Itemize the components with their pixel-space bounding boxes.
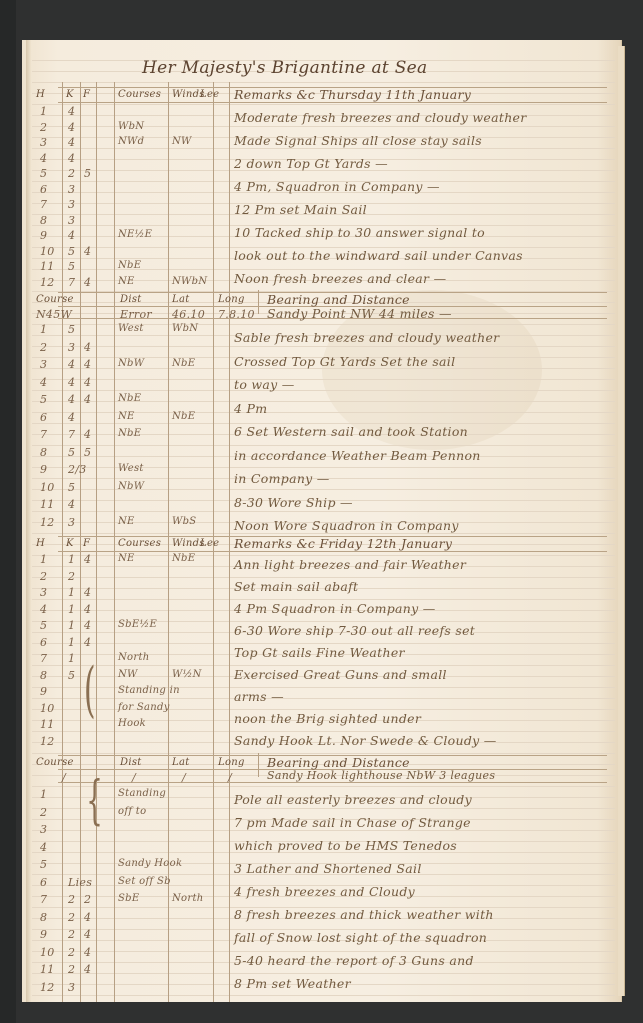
knots-cell: 1 [68, 636, 75, 649]
remark-line: noon the Brig sighted under [234, 711, 421, 726]
hour-cell: 3 [40, 586, 47, 599]
position-course: / [62, 771, 66, 784]
knots-cell: 1 [68, 652, 75, 665]
hour-cell: 7 [40, 652, 47, 665]
remark-line: 5-40 heard the report of 3 Guns and [234, 953, 474, 968]
knots-cell: 4 [68, 121, 75, 134]
remark-line: Crossed Top Gt Yards Set the sail [234, 354, 455, 369]
fathoms-cell: 4 [84, 341, 91, 354]
hour-cell: 1 [40, 323, 47, 336]
knots-cell: 3 [68, 341, 75, 354]
knots-cell: 7 [68, 276, 75, 289]
position-header-dist: Dist [120, 294, 142, 305]
ruled-line [32, 698, 615, 699]
remark-line: 6 Set Western sail and took Station [234, 424, 468, 439]
remark-line: 8-30 Wore Ship — [234, 495, 353, 510]
position-header-bearing: Bearing and Distance [267, 755, 410, 770]
ruled-line [32, 643, 615, 644]
course-cell: NbE [118, 260, 141, 271]
knots-cell: 5 [68, 245, 75, 258]
course-cell: NE [118, 276, 135, 287]
course-cell: NE [118, 516, 135, 527]
remark-line: Sandy Hook Lt. Nor Swede & Cloudy — [234, 733, 497, 748]
knots-cell: 4 [68, 376, 75, 389]
hour-cell: 10 [40, 245, 55, 258]
hour-cell: 3 [40, 358, 47, 371]
knots-cell: 4 [68, 105, 75, 118]
ruled-line [32, 82, 615, 83]
remark-line: Made Signal Ships all close stay sails [234, 133, 482, 148]
remark-line: 7 pm Made sail in Chase of Strange [234, 815, 471, 830]
course-cell: North [118, 652, 150, 663]
page-edge [618, 46, 625, 996]
position-lat: / [182, 771, 186, 784]
hour-cell: 2 [40, 341, 47, 354]
wind-cell: NW [172, 136, 192, 147]
position-header-long: Long [218, 757, 245, 768]
knots-cell: 1 [68, 586, 75, 599]
knots-cell: 1 [68, 619, 75, 632]
remark-line: arms — [234, 689, 284, 704]
position-lat: 46.10 [172, 308, 205, 321]
fathoms-cell: 4 [84, 603, 91, 616]
fathoms-cell: 4 [84, 928, 91, 941]
hour-cell: 1 [40, 553, 47, 566]
col-header-lee: Lee [200, 89, 219, 100]
ruled-line [32, 973, 615, 974]
knots-cell: 2 [68, 928, 75, 941]
column-line-courses [114, 82, 115, 1002]
wind-cell: NWbN [172, 276, 207, 287]
fathoms-cell: 4 [84, 393, 91, 406]
column-line-bearing [258, 753, 259, 777]
remark-line: 4 Pm, Squadron in Company — [234, 179, 440, 194]
day-label: Remarks &c Thursday 11th January [234, 87, 471, 102]
remark-line: Top Gt sails Fine Weather [234, 645, 405, 660]
hour-cell: 2 [40, 121, 47, 134]
course-cell: off to [118, 806, 146, 817]
hour-cell: 6 [40, 636, 47, 649]
knots-cell: 4 [68, 411, 75, 424]
position-course: N45W [36, 308, 72, 321]
course-cell: NWd [118, 136, 144, 147]
hour-cell: 2 [40, 570, 47, 583]
knots-cell: 4 [68, 393, 75, 406]
page-title: Her Majesty's Brigantine at Sea [142, 58, 427, 78]
ruled-line [32, 346, 615, 347]
hour-cell: 5 [40, 858, 47, 871]
knots-cell: 5 [68, 669, 75, 682]
knots-cell: 3 [68, 183, 75, 196]
hour-cell: 4 [40, 841, 47, 854]
position-header-bearing: Bearing and Distance [267, 292, 410, 307]
fathoms-cell: 5 [84, 167, 91, 180]
ruled-line [32, 390, 615, 391]
remark-line: look out to the windward sail under Canv… [234, 248, 523, 263]
col-header-hour: H [36, 89, 45, 100]
course-cell: NbW [118, 358, 144, 369]
course-cell: Standing in [118, 685, 180, 696]
remark-line: Moderate fresh breezes and cloudy weathe… [234, 110, 527, 125]
brace-mark: ( [84, 660, 96, 720]
course-cell: NbW [118, 481, 144, 492]
ruled-line [32, 665, 615, 666]
remark-line: 6-30 Wore ship 7-30 out all reefs set [234, 623, 475, 638]
position-long: 7.8.10 [218, 308, 255, 321]
course-cell: NbE [118, 428, 141, 439]
hour-cell: 6 [40, 876, 47, 889]
position-dist: / [132, 771, 136, 784]
col-header-knots: K [66, 89, 74, 100]
course-cell: West [118, 323, 144, 334]
ruled-line [32, 104, 615, 105]
fathoms-cell: 5 [84, 446, 91, 459]
hour-cell: 12 [40, 735, 55, 748]
col-header-lee: Lee [200, 538, 219, 549]
fathoms-cell: 4 [84, 428, 91, 441]
course-cell: for Sandy [118, 702, 170, 713]
remark-line: Exercised Great Guns and small [234, 667, 447, 682]
remark-line: to way — [234, 377, 295, 392]
fathoms-cell: 4 [84, 636, 91, 649]
knots-cell: 2 [68, 911, 75, 924]
col-header-courses: Courses [118, 89, 161, 100]
fathoms-cell: 4 [84, 276, 91, 289]
ruled-line [32, 533, 615, 534]
ruled-line [32, 599, 615, 600]
knots-cell: 4 [68, 498, 75, 511]
knots-cell: 3 [68, 198, 75, 211]
position-header-lat: Lat [172, 294, 190, 305]
wind-cell: NbE [172, 553, 195, 564]
remark-line: Noon fresh breezes and clear — [234, 271, 446, 286]
column-line-bearing [258, 290, 259, 314]
knots-cell: 5 [68, 260, 75, 273]
knots-cell: 3 [68, 516, 75, 529]
hour-cell: 4 [40, 603, 47, 616]
hour-cell: 11 [40, 718, 55, 731]
knots-cell: 4 [68, 136, 75, 149]
hour-cell: 10 [40, 946, 55, 959]
wind-cell: WbN [172, 323, 198, 334]
course-cell: NW [118, 669, 138, 680]
brace-mark: { [86, 775, 103, 827]
knots-cell: Lies [68, 876, 92, 889]
course-cell: Hook [118, 718, 146, 729]
position-header-lat: Lat [172, 757, 190, 768]
hour-cell: 10 [40, 702, 55, 715]
header-rule [58, 102, 607, 103]
wind-cell: NbE [172, 358, 195, 369]
knots-cell: 1 [68, 553, 75, 566]
knots-cell: 5 [68, 481, 75, 494]
course-cell: NbE [118, 393, 141, 404]
hour-cell: 8 [40, 669, 47, 682]
remark-line: Sable fresh breezes and cloudy weather [234, 330, 499, 345]
fathoms-cell: 4 [84, 553, 91, 566]
course-cell: Standing [118, 788, 166, 799]
ruled-line [32, 731, 615, 732]
knots-cell: 5 [68, 446, 75, 459]
remark-line: in Company — [234, 471, 330, 486]
hour-cell: 3 [40, 823, 47, 836]
ruled-line [32, 995, 615, 996]
position-dist: Error [120, 308, 152, 321]
course-cell: SbE [118, 893, 139, 904]
remark-line: fall of Snow lost sight of the squadron [234, 930, 487, 945]
position-header-course: Course [36, 294, 74, 305]
remark-line: Ann light breezes and fair Weather [234, 557, 466, 572]
course-cell: NE [118, 553, 135, 564]
remark-line: 8 fresh breezes and thick weather with [234, 907, 494, 922]
hour-cell: 11 [40, 260, 55, 273]
fathoms-cell: 4 [84, 963, 91, 976]
ruled-line [32, 786, 615, 787]
hour-cell: 9 [40, 229, 47, 242]
remark-line: 2 down Top Gt Yards — [234, 156, 388, 171]
ruled-line [32, 511, 615, 512]
hour-cell: 7 [40, 893, 47, 906]
page-gutter [26, 40, 31, 1002]
remark-line: in accordance Weather Beam Pennon [234, 448, 481, 463]
hour-cell: 3 [40, 136, 47, 149]
col-header-hour: H [36, 538, 45, 549]
hour-cell: 12 [40, 981, 55, 994]
remark-line: 4 fresh breezes and Cloudy [234, 884, 415, 899]
hour-cell: 10 [40, 481, 55, 494]
hour-cell: 5 [40, 393, 47, 406]
remark-line: which proved to be HMS Tenedos [234, 838, 457, 853]
col-header-courses: Courses [118, 538, 161, 549]
course-cell: NE [118, 411, 135, 422]
course-cell: Set off Sb [118, 876, 171, 887]
ruled-line [32, 445, 615, 446]
col-header-fathoms: F [83, 538, 90, 549]
knots-cell: 2/3 [68, 463, 87, 476]
hour-cell: 9 [40, 463, 47, 476]
knots-cell: 3 [68, 981, 75, 994]
course-cell: NE½E [118, 229, 152, 240]
position-bearing: Sandy Hook lighthouse NbW 3 leagues [267, 769, 495, 782]
hour-cell: 7 [40, 198, 47, 211]
remark-line: 4 Pm [234, 401, 267, 416]
knots-cell: 4 [68, 152, 75, 165]
wind-cell: NbE [172, 411, 195, 422]
position-header-course: Course [36, 757, 74, 768]
knots-cell: 2 [68, 963, 75, 976]
course-cell: Sandy Hook [118, 858, 182, 869]
knots-cell: 3 [68, 214, 75, 227]
day-label: Remarks &c Friday 12th January [234, 536, 452, 551]
hour-cell: 8 [40, 446, 47, 459]
position-rule [58, 782, 607, 783]
column-line-knots [80, 82, 81, 1002]
fathoms-cell: 4 [84, 586, 91, 599]
fathoms-cell: 4 [84, 946, 91, 959]
header-rule [58, 551, 607, 552]
knots-cell: 1 [68, 603, 75, 616]
course-cell: West [118, 463, 144, 474]
column-line-fathoms [96, 82, 97, 1002]
col-header-fathoms: F [83, 89, 90, 100]
hour-cell: 2 [40, 806, 47, 819]
hour-cell: 8 [40, 911, 47, 924]
remark-line: 4 Pm Squadron in Company — [234, 601, 436, 616]
position-long: / [228, 771, 232, 784]
hour-cell: 8 [40, 214, 47, 227]
column-line-remarks [229, 82, 230, 1002]
knots-cell: 2 [68, 167, 75, 180]
knots-cell: 4 [68, 358, 75, 371]
log-page: Her Majesty's Brigantine at Sea H K F Co… [22, 40, 621, 1002]
hour-cell: 1 [40, 105, 47, 118]
ruled-line [32, 753, 615, 754]
ruled-line [32, 830, 615, 831]
course-cell: SbE½E [118, 619, 157, 630]
hour-cell: 5 [40, 619, 47, 632]
remark-line: 3 Lather and Shortened Sail [234, 861, 422, 876]
col-header-knots: K [66, 538, 74, 549]
fathoms-cell: 2 [84, 893, 91, 906]
remark-line: Set main sail abaft [234, 579, 358, 594]
fathoms-cell: 4 [84, 911, 91, 924]
knots-cell: 2 [68, 893, 75, 906]
remark-line: 12 Pm set Main Sail [234, 202, 367, 217]
hour-cell: 6 [40, 411, 47, 424]
remark-line: 8 Pm set Weather [234, 976, 351, 991]
wind-cell: North [172, 893, 204, 904]
ruled-line [32, 951, 615, 952]
hour-cell: 9 [40, 685, 47, 698]
hour-cell: 12 [40, 276, 55, 289]
wind-cell: W½N [172, 669, 202, 680]
hour-cell: 11 [40, 498, 55, 511]
hour-cell: 9 [40, 928, 47, 941]
hour-cell: 1 [40, 788, 47, 801]
ruled-line [32, 577, 615, 578]
ruled-line [32, 148, 615, 149]
binding-spine [0, 0, 16, 1023]
hour-cell: 4 [40, 376, 47, 389]
hour-cell: 6 [40, 183, 47, 196]
column-line-hour [62, 82, 63, 1002]
hour-cell: 7 [40, 428, 47, 441]
knots-cell: 4 [68, 229, 75, 242]
knots-cell: 2 [68, 570, 75, 583]
hour-cell: 4 [40, 152, 47, 165]
ruled-line [32, 379, 615, 380]
position-header-dist: Dist [120, 757, 142, 768]
remark-line: 10 Tacked ship to 30 answer signal to [234, 225, 485, 240]
fathoms-cell: 4 [84, 376, 91, 389]
fathoms-cell: 4 [84, 245, 91, 258]
knots-cell: 2 [68, 946, 75, 959]
fathoms-cell: 4 [84, 358, 91, 371]
hour-cell: 5 [40, 167, 47, 180]
fathoms-cell: 4 [84, 619, 91, 632]
hour-cell: 11 [40, 963, 55, 976]
position-bearing: Sandy Point NW 44 miles — [267, 306, 452, 321]
wind-cell: WbS [172, 516, 196, 527]
position-header-long: Long [218, 294, 245, 305]
hour-cell: 12 [40, 516, 55, 529]
knots-cell: 5 [68, 323, 75, 336]
remark-line: Pole all easterly breezes and cloudy [234, 792, 472, 807]
course-cell: WbN [118, 121, 144, 132]
remark-line: Noon Wore Squadron in Company [234, 518, 459, 533]
knots-cell: 7 [68, 428, 75, 441]
